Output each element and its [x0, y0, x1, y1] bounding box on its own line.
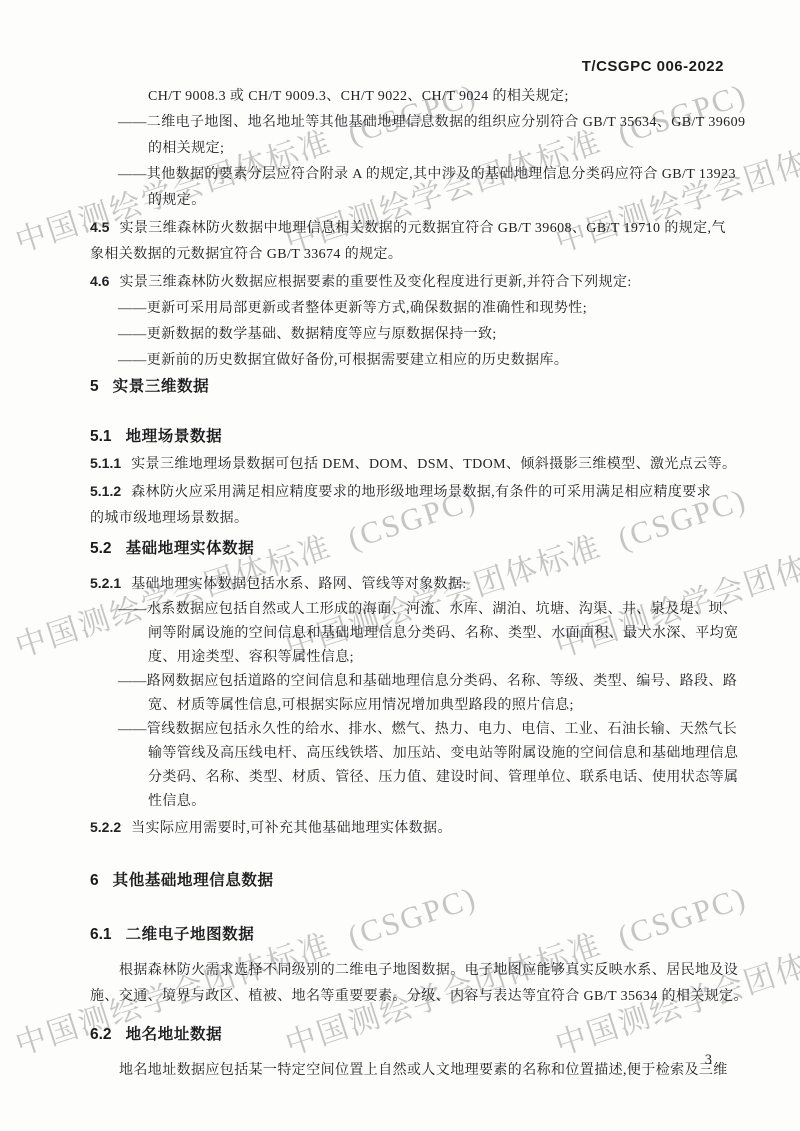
text-line: ——水系数据应包括自然或人工形成的海面、河流、水库、湖泊、坑塘、沟渠、井、泉及堤… — [90, 598, 730, 622]
clause-number: 6 — [90, 872, 99, 889]
subsection-heading: 5.1地理场景数据 — [90, 424, 730, 450]
document-body: CH/T 9008.3 或 CH/T 9009.3、CH/T 9022、CH/T… — [90, 0, 730, 1084]
text-line: 闸等附属设施的空间信息和基础地理信息分类码、名称、类型、水面面积、最大水深、平均… — [90, 622, 730, 646]
clause-number: 5.1 — [90, 428, 112, 445]
clause-line: 5.1.2森林防火应采用满足相应精度要求的地形级地理场景数据,有条件的可采用满足… — [90, 478, 730, 506]
document-page: 中国测绘学会团体标准 (CSGPC)中国测绘学会团体标准 (CSGPC)中国测绘… — [0, 0, 800, 1131]
clause-line: 4.6实景三维森林防火数据应根据要素的重要性及变化程度进行更新,并符合下列规定: — [90, 268, 730, 296]
clause-number: 6.2 — [90, 1026, 112, 1043]
section-heading: 6其他基础地理信息数据 — [90, 868, 730, 894]
text-line: 的城市级地理场景数据。 — [90, 506, 730, 532]
clause-line: 5.2.2当实际应用需要时,可补充其他基础地理实体数据。 — [90, 814, 730, 842]
text-line: 输等管线及高压线电杆、高压线铁塔、加压站、变电站等附属设施的空间信息和基础地理信… — [90, 742, 730, 766]
text-line: ——更新可采用局部更新或者整体更新等方式,确保数据的准确性和现势性; — [90, 296, 730, 322]
text-line: 施、交通、境界与政区、植被、地名等重要要素。分级、内容与表达等宜符合 GB/T … — [90, 984, 730, 1010]
text-line: 地名地址数据应包括某一特定空间位置上自然或人文地理要素的名称和位置描述,便于检索… — [90, 1058, 730, 1084]
subsection-heading: 6.2地名地址数据 — [90, 1022, 730, 1048]
text-line: 的相关规定; — [90, 136, 730, 162]
section-heading: 5实景三维数据 — [90, 374, 730, 400]
subsection-heading: 6.1二维电子地图数据 — [90, 922, 730, 948]
clause-number: 4.6 — [90, 273, 109, 289]
clause-number: 4.5 — [90, 219, 109, 235]
clause-number: 6.1 — [90, 926, 112, 943]
subsection-heading: 5.2基础地理实体数据 — [90, 536, 730, 562]
text-line: ——更新前的历史数据宜做好备份,可根据需要建立相应的历史数据库。 — [90, 348, 730, 374]
text-line: 度、用途类型、容积等属性信息; — [90, 646, 730, 670]
text-line: ——路网数据应包括道路的空间信息和基础地理信息分类码、名称、等级、类型、编号、路… — [90, 670, 730, 694]
clause-number: 5 — [90, 378, 99, 395]
clause-number: 5.2.1 — [90, 575, 121, 591]
text-line: CH/T 9008.3 或 CH/T 9009.3、CH/T 9022、CH/T… — [90, 84, 730, 110]
clause-line: 5.2.1基础地理实体数据包括水系、路网、管线等对象数据: — [90, 570, 730, 598]
clause-number: 5.1.1 — [90, 455, 121, 471]
clause-number: 5.2 — [90, 540, 112, 557]
text-line: ——二维电子地图、地名地址等其他基础地理信息数据的组织应分别符合 GB/T 35… — [90, 110, 730, 136]
text-line: 的规定。 — [90, 188, 730, 214]
clause-number: 5.1.2 — [90, 483, 121, 499]
text-line: ——管线数据应包括永久性的给水、排水、燃气、热力、电力、电信、工业、石油长输、天… — [90, 718, 730, 742]
text-line: 性信息。 — [90, 790, 730, 814]
text-line: 根据森林防火需求选择不同级别的二维电子地图数据。电子地图应能够真实反映水系、居民… — [90, 958, 730, 984]
text-line: 宽、材质等属性信息,可根据实际应用情况增加典型路段的照片信息; — [90, 694, 730, 718]
clause-line: 4.5实景三维森林防火数据中地理信息相关数据的元数据宜符合 GB/T 39608… — [90, 214, 730, 242]
text-line: ——其他数据的要素分层应符合附录 A 的规定,其中涉及的基础地理信息分类码应符合… — [90, 162, 730, 188]
clause-line: 5.1.1实景三维地理场景数据可包括 DEM、DOM、DSM、TDOM、倾斜摄影… — [90, 450, 730, 478]
page-number: 3 — [705, 1052, 712, 1069]
text-line: 分类码、名称、类型、材质、管径、压力值、建设时间、管理单位、联系电话、使用状态等… — [90, 766, 730, 790]
text-line: 象相关数据的元数据宜符合 GB/T 33674 的规定。 — [90, 242, 730, 268]
text-line: ——更新数据的数学基础、数据精度等应与原数据保持一致; — [90, 322, 730, 348]
clause-number: 5.2.2 — [90, 819, 121, 835]
